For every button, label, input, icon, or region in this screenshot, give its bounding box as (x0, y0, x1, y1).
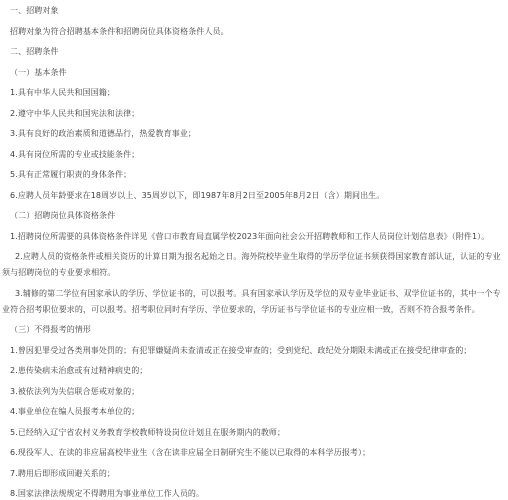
ineligible-case-item: 3.被依法列为失信联合惩戒对象的； (2, 384, 506, 400)
post-qualification-item: 3.辅修的第二学位有国家承认的学历、学位证书的，可以报考。具有国家承认学历及学位… (2, 286, 506, 318)
post-qualification-item: 2.应聘人员的资格条件或相关资历的计算日期为报名起始之日。海外院校毕业生取得的学… (2, 249, 506, 281)
section-heading-recruitment-target: 一、招聘对象 (2, 3, 506, 19)
basic-condition-item: 5.具有正常履行职责的身体条件； (2, 167, 506, 183)
ineligible-case-item: 7.聘用后即形成回避关系的； (2, 466, 506, 482)
post-qualification-item: 1.招聘岗位所需要的具体资格条件详见《营口市教育局直属学校2023年面向社会公开… (2, 229, 506, 245)
basic-condition-item: 6.应聘人员年龄要求在18周岁以上、35周岁以下，即1987年8月2日至2005… (2, 188, 506, 204)
section-heading-recruitment-conditions: 二、招聘条件 (2, 44, 506, 60)
basic-condition-item: 3.具有良好的政治素质和道德品行，热爱教育事业； (2, 126, 506, 142)
recruitment-target-paragraph: 招聘对象为符合招聘基本条件和招聘岗位具体资格条件人员。 (2, 24, 506, 40)
basic-condition-item: 2.遵守中华人民共和国宪法和法律； (2, 106, 506, 122)
recruitment-notice-document: 一、招聘对象 招聘对象为符合招聘基本条件和招聘岗位具体资格条件人员。 二、招聘条… (0, 0, 508, 500)
subsection-heading-post-qualifications: （二）招聘岗位具体资格条件 (2, 208, 506, 224)
ineligible-case-item: 5.已经纳入辽宁省农村义务教育学校教师特设岗位计划且在服务期内的教师； (2, 425, 506, 441)
subsection-heading-ineligible-cases: （三）不得报考的情形 (2, 322, 506, 338)
ineligible-case-item: 6.现役军人、在读的非应届高校毕业生（含在读非应届全日制研究生不能以已取得的本科… (2, 445, 506, 461)
ineligible-case-item: 1.曾因犯罪受过各类刑事处罚的；有犯罪嫌疑尚未查清或正在接受审查的；受到党纪、政… (2, 343, 506, 359)
basic-condition-item: 4.具有岗位所需的专业或技能条件； (2, 147, 506, 163)
ineligible-case-item: 8.国家法律法规规定不得聘用为事业单位工作人员的。 (2, 486, 506, 500)
ineligible-case-item: 4.事业单位在编人员报考本单位的； (2, 404, 506, 420)
basic-condition-item: 1.具有中华人民共和国国籍； (2, 85, 506, 101)
subsection-heading-basic-conditions: （一）基本条件 (2, 65, 506, 81)
ineligible-case-item: 2.患传染病未治愈或有过精神病史的； (2, 363, 506, 379)
